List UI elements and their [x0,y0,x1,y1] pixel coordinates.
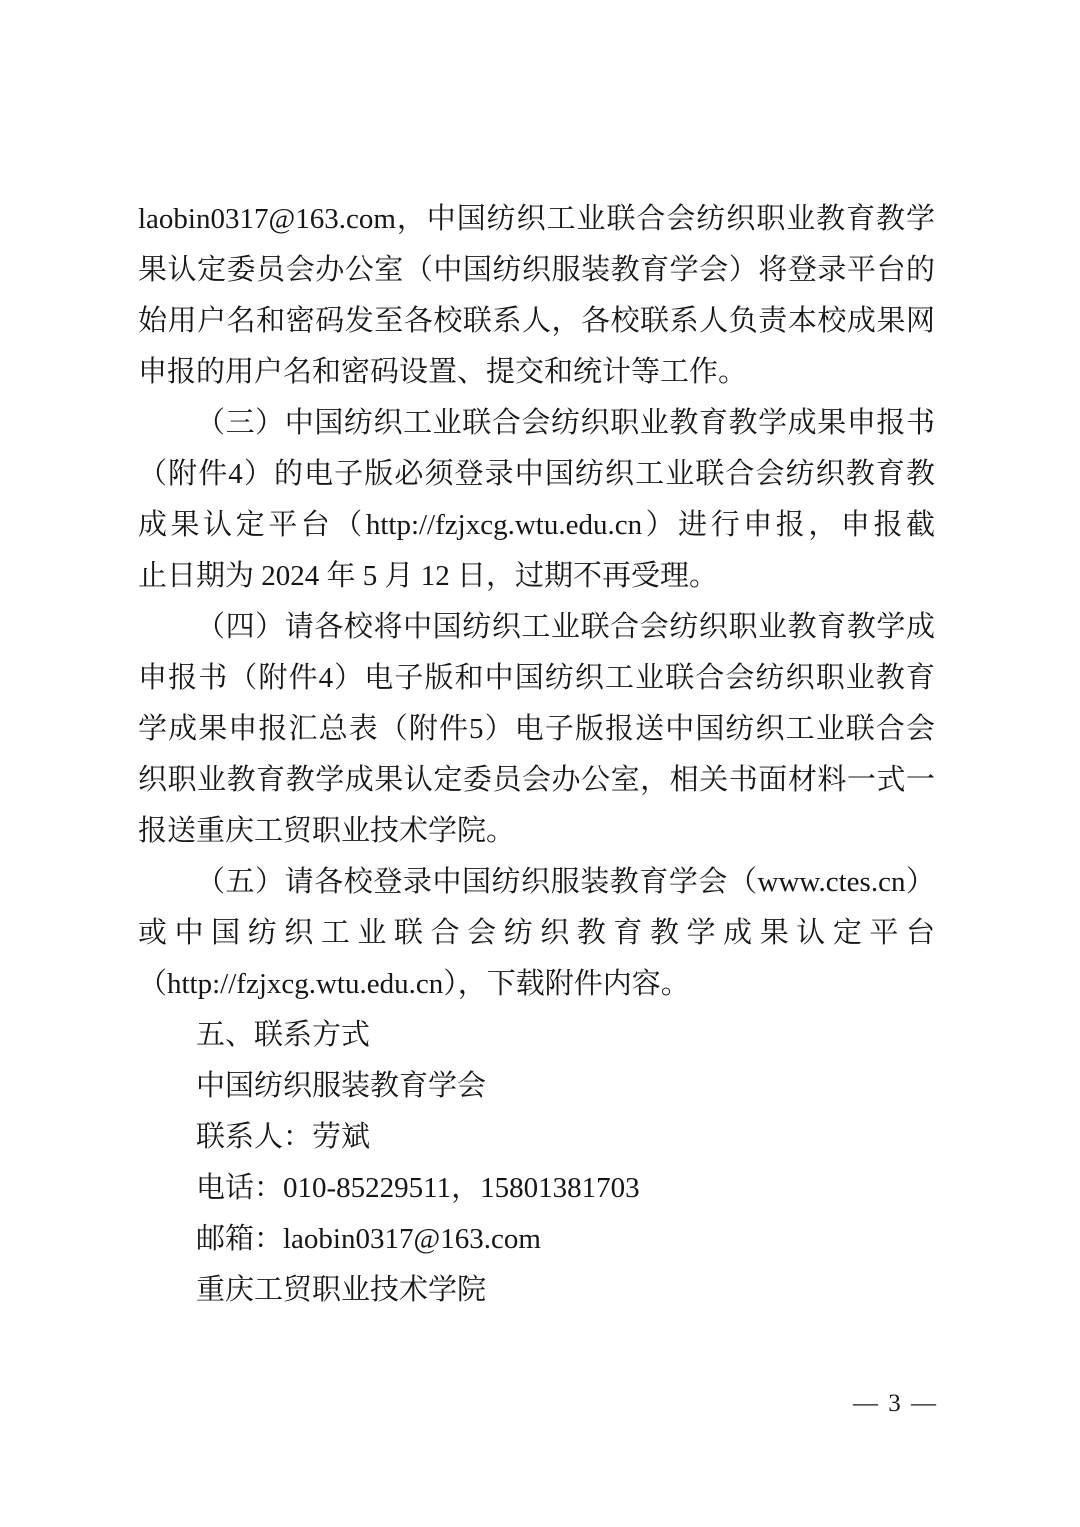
document-line: 或中国纺织工业联合会纺织教育教学成果认定平台 [138,908,935,959]
document-line: 申报的用户名和密码设置、提交和统计等工作。 [138,347,935,398]
contact-section-heading: 五、联系方式 [138,1010,935,1061]
document-line: 始用户名和密码发至各校联系人，各校联系人负责本校成果网络 [138,296,935,347]
document-page: laobin0317@163.com，中国纺织工业联合会纺织职业教育教学成 果认… [0,0,1080,1527]
document-line-section-3-heading: （三）中国纺织工业联合会纺织职业教育教学成果申报书 [138,398,935,449]
document-line: （附件4）的电子版必须登录中国纺织工业联合会纺织教育教学 [138,449,935,500]
contact-phone: 电话：010-85229511，15801381703 [138,1163,935,1214]
contact-person: 联系人：劳斌 [138,1112,935,1163]
document-line-section-4-heading: （四）请各校将中国纺织工业联合会纺织职业教育教学成果 [138,602,935,653]
document-line-section-5-heading: （五）请各校登录中国纺织服装教育学会（www.ctes.cn） [138,857,935,908]
document-body: laobin0317@163.com，中国纺织工业联合会纺织职业教育教学成 果认… [138,194,935,1316]
document-line: （http://fzjxcg.wtu.edu.cn），下载附件内容。 [138,959,935,1010]
page-number: — 3 — [853,1390,938,1418]
document-line: 申报书（附件4）电子版和中国纺织工业联合会纺织职业教育教 [138,653,935,704]
document-line: 学成果申报汇总表（附件5）电子版报送中国纺织工业联合会纺 [138,704,935,755]
document-line: 止日期为 2024 年 5 月 12 日，过期不再受理。 [138,551,935,602]
document-line: 织职业教育教学成果认定委员会办公室，相关书面材料一式一份 [138,755,935,806]
document-line: 报送重庆工贸职业技术学院。 [138,806,935,857]
document-line: 成果认定平台（http://fzjxcg.wtu.edu.cn）进行申报，申报截 [138,500,935,551]
contact-org-name-2: 重庆工贸职业技术学院 [138,1265,935,1316]
document-line: 果认定委员会办公室（中国纺织服装教育学会）将登录平台的初 [138,245,935,296]
document-line: laobin0317@163.com，中国纺织工业联合会纺织职业教育教学成 [138,194,935,245]
contact-org-name: 中国纺织服装教育学会 [138,1061,935,1112]
contact-email: 邮箱：laobin0317@163.com [138,1214,935,1265]
